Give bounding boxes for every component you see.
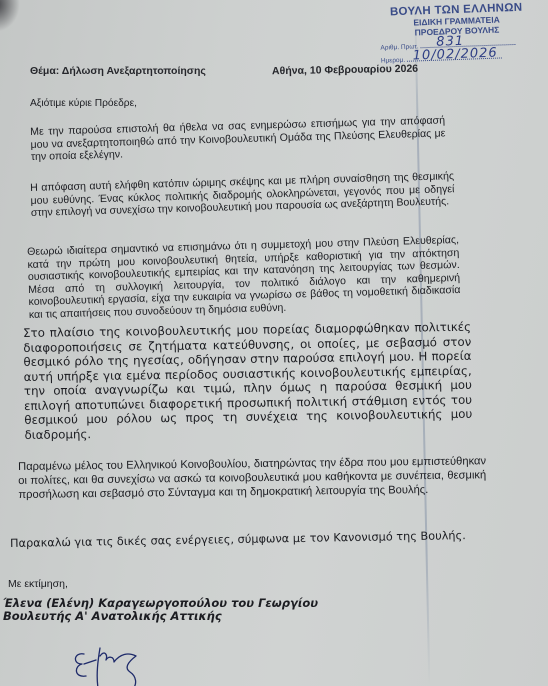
letter-paragraph: Στο πλαίσιο της κοινοβουλευτικής μου πορ… — [23, 320, 473, 442]
letter-paragraph: Παραμένω μέλος του Ελληνικού Κοινοβουλίο… — [18, 454, 486, 502]
letter-page: ΒΟΥΛΗ ΤΩΝ ΕΛΛΗΝΩΝ ΕΙΔΙΚΗ ΓΡΑΜΜΑΤΕΙΑ ΠΡΟΕ… — [0, 0, 548, 686]
letter-salutation: Αξιότιμε κύριε Πρόεδρε, — [30, 98, 137, 111]
letter-subject: Θέμα: Δήλωση Ανεξαρτητοποίησης — [30, 65, 206, 78]
signatory-title: Βουλευτής Α' Ανατολικής Αττικής — [3, 610, 222, 623]
handwritten-signature-icon — [70, 630, 180, 686]
letter-paragraph: Με την παρούσα επιστολή θα ήθελα να σας … — [30, 114, 446, 163]
letter-paragraph: Θεωρώ ιδιαίτερα σημαντικό να επισημάνω ό… — [27, 234, 461, 322]
letter-place-date: Αθήνα, 10 Φεβρουαρίου 2026 — [272, 63, 418, 78]
stamp-date-value: 10/02/2026 — [413, 46, 498, 64]
letter-paragraph: Η απόφαση αυτή ελήφθη κατόπιν ώριμης σκέ… — [30, 170, 455, 220]
photo-shadow — [0, 0, 20, 32]
signatory-name: Έλενα (Ελένη) Καραγεωργοπούλου του Γεωργ… — [3, 596, 318, 610]
letter-paragraph: Παρακαλώ για τις δικές σας ενέργειες, σύ… — [10, 530, 466, 551]
parliament-receipt-stamp: ΒΟΥΛΗ ΤΩΝ ΕΛΛΗΝΩΝ ΕΙΔΙΚΗ ΓΡΑΜΜΑΤΕΙΑ ΠΡΟΕ… — [371, 1, 543, 65]
letter-closing: Με εκτίμηση, — [8, 578, 68, 591]
